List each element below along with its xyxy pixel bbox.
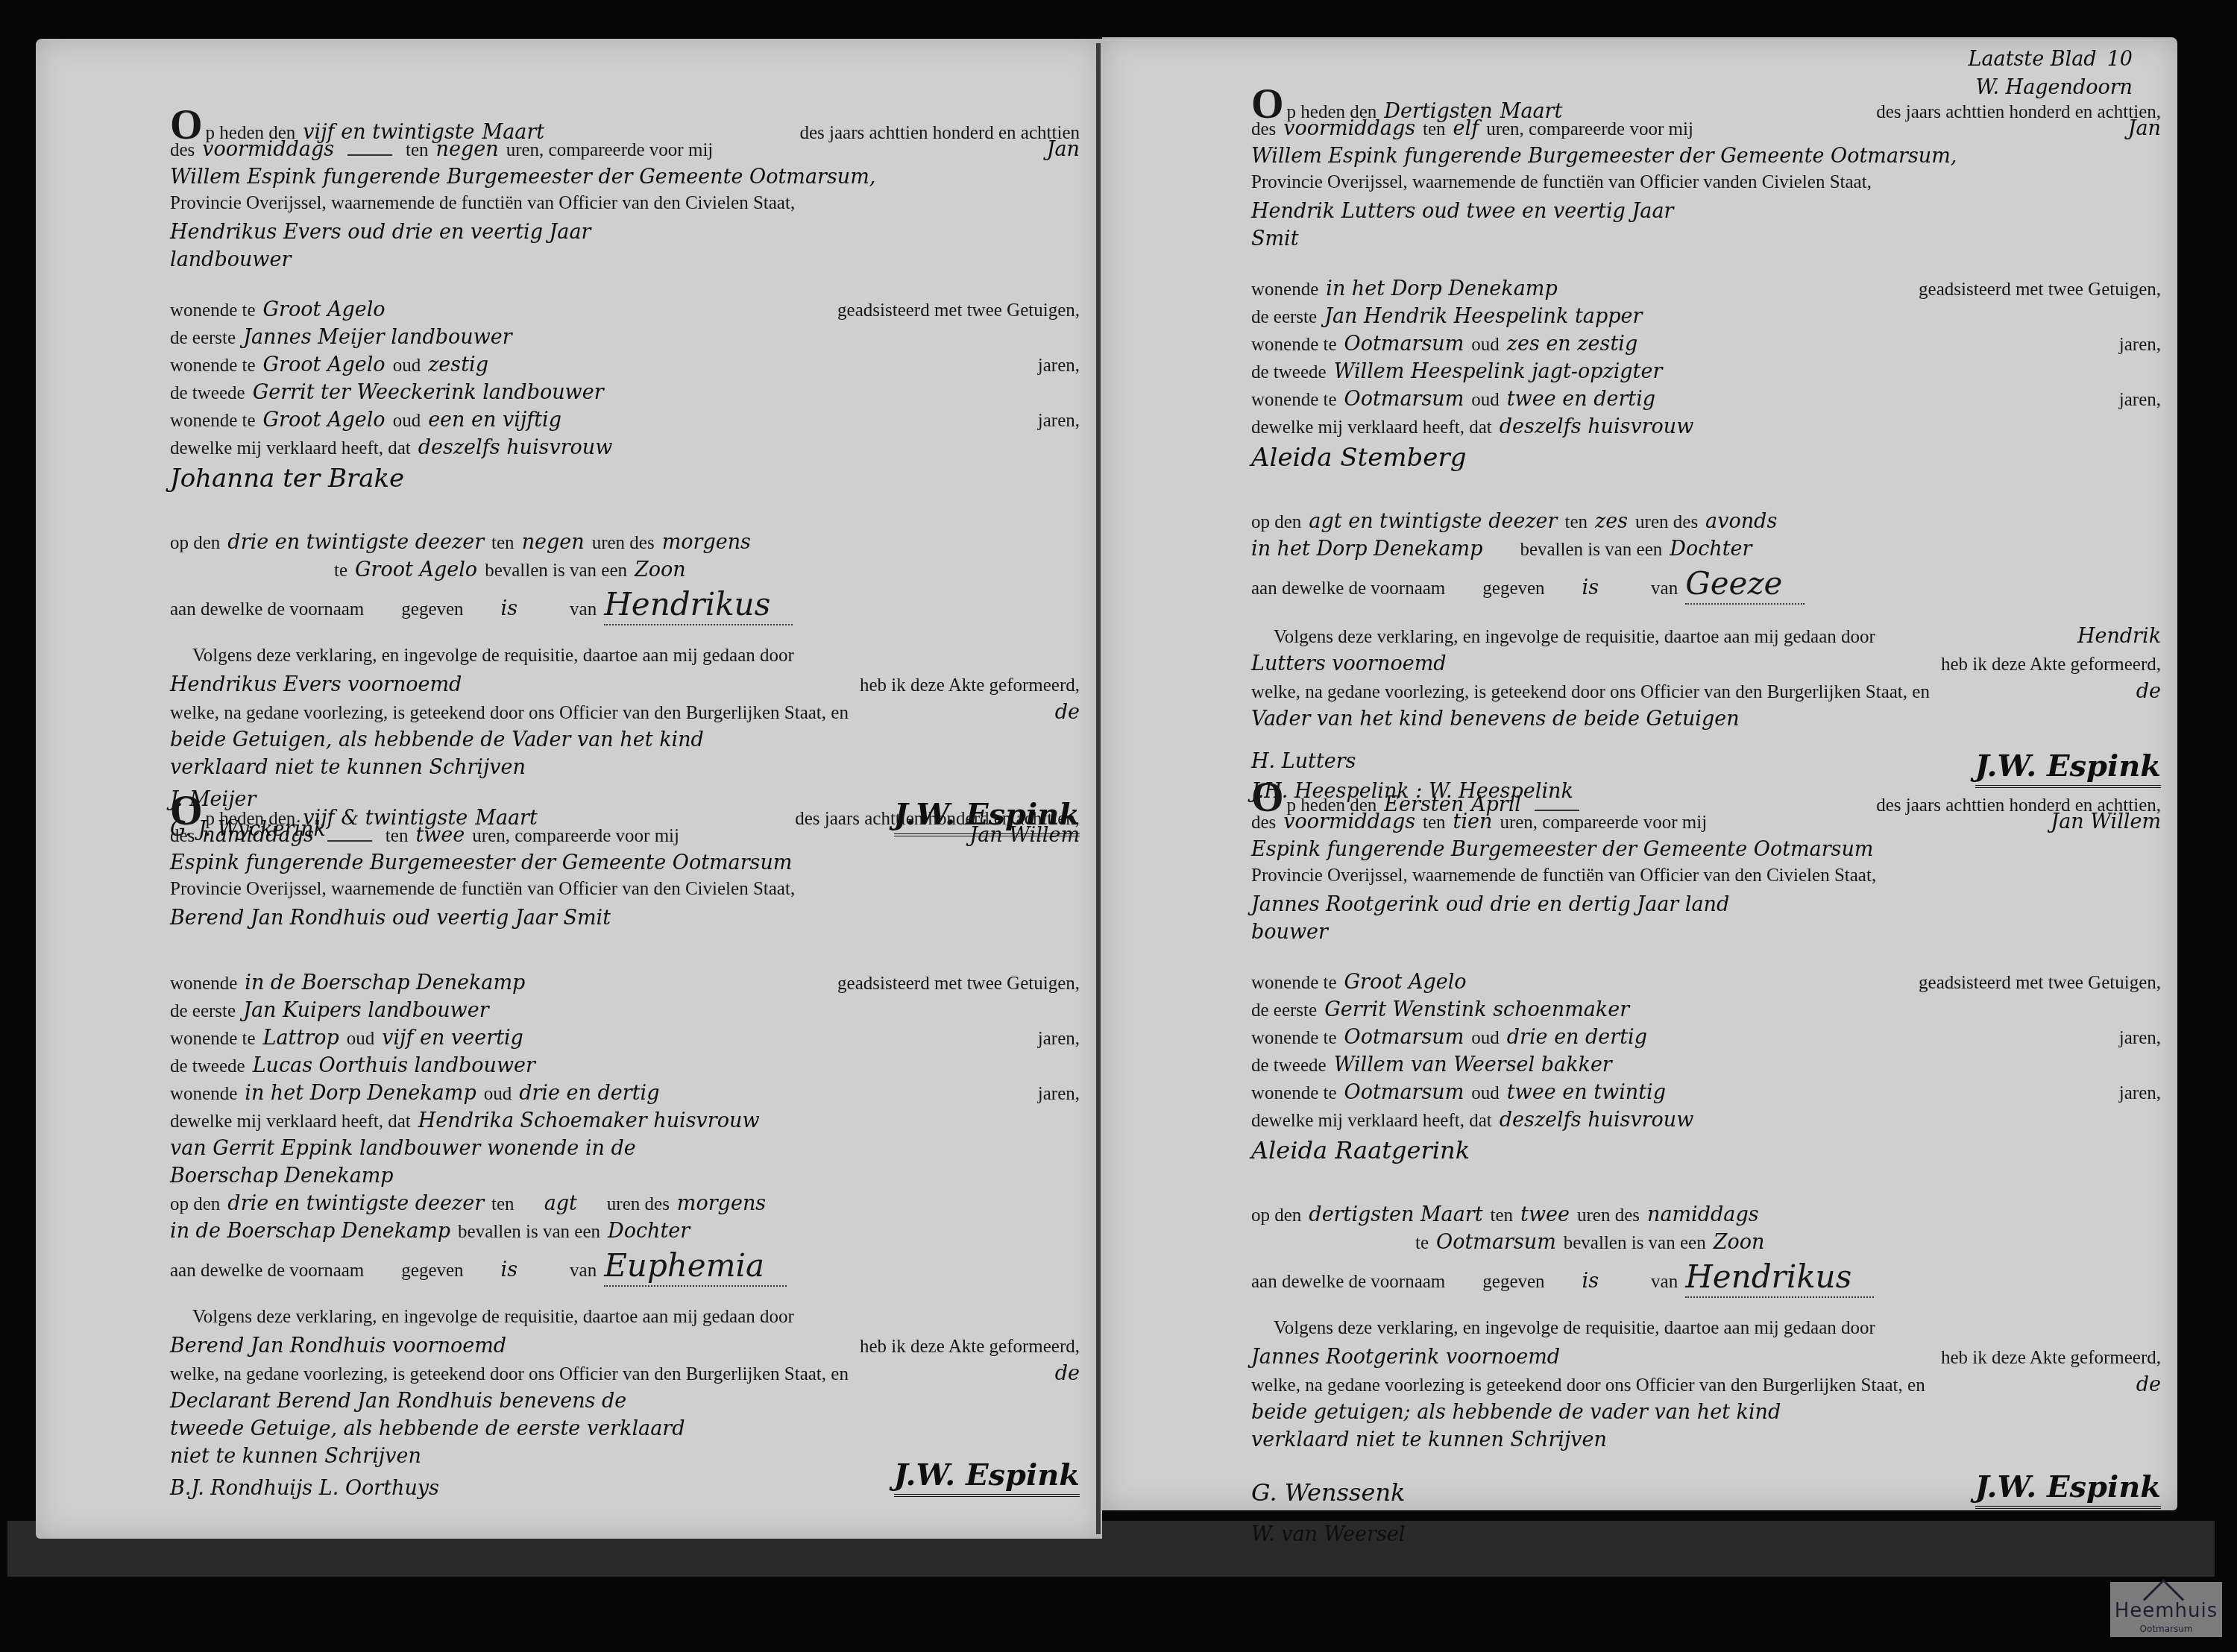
birth-place: Groot Agelo <box>355 558 477 581</box>
birth-hour: zes <box>1595 510 1628 533</box>
witness-signature: B.J. Rondhuijs L. Oorthuys <box>170 1477 439 1507</box>
printed-text: uren des <box>607 1194 670 1215</box>
printed-text: gegeven <box>1482 578 1544 599</box>
printed-text: ten <box>1423 119 1446 140</box>
closing-declarant: Jannes Rootgerink voornoemd <box>1251 1346 1560 1369</box>
declarant-occupation: landbouwer <box>170 248 291 271</box>
record-daypart: voormiddags <box>202 138 334 161</box>
closing-text: Volgens deze verklaring, en ingevolge de… <box>1251 627 1875 648</box>
printed-text: jaren, <box>2119 390 2161 411</box>
official-line: Willem Espink fungerende Burgemeester de… <box>1251 145 1957 168</box>
closing-hand: Declarant Berend Jan Rondhuis benevens d… <box>170 1390 626 1413</box>
printed-text: uren des <box>592 533 655 554</box>
declared-text: deszelfs huisvrouw <box>1500 1109 1694 1132</box>
witness-1-age: vijf en veertig <box>382 1027 523 1050</box>
printed-text: geadsisteerd met twee Getuigen, <box>837 300 1080 321</box>
official-name: Jan <box>2128 117 2161 140</box>
printed-text: heb ik deze Akte geformeerd, <box>1941 1348 2161 1369</box>
birth-record-rootgerink: Op heden denEerstenAprildes jaars achtti… <box>1251 783 2161 1575</box>
mother-name: Aleida Raatgerink <box>1251 1136 1470 1164</box>
witness-1: Jan Hendrik Heespelink tapper <box>1324 305 1642 328</box>
printed-text: van <box>1651 578 1678 599</box>
page-heading-text: Laatste Blad <box>1969 48 2097 71</box>
official-line: Willem Espink fungerende Burgemeester de… <box>170 165 875 189</box>
printed-text: wonende te <box>170 411 256 432</box>
closing-hand: verklaard niet te kunnen Schrijven <box>1251 1428 1607 1451</box>
official-signature: J.W. Espink <box>894 1457 1080 1497</box>
printed-text: bevallen is van een <box>1564 1233 1706 1254</box>
printed-text: gegeven <box>1482 1272 1544 1293</box>
printed-text: aan dewelke de voornaam <box>170 599 364 620</box>
printed-text: wonende te <box>1251 335 1337 356</box>
printed-text: des <box>1251 813 1276 833</box>
official-name: Jan Willem <box>969 824 1080 847</box>
child-name: Hendrikus <box>604 586 793 625</box>
printed-text: te <box>334 561 347 581</box>
witness-2-residence: Groot Agelo <box>263 409 386 432</box>
printed-text: op den <box>1251 512 1301 533</box>
declarant-residence: in de Boerschap Denekamp <box>245 971 525 994</box>
printed-text: de tweede <box>170 383 245 404</box>
declared-text: deszelfs huisvrouw <box>1500 415 1694 438</box>
closing-declarant: Lutters voornoemd <box>1251 652 1447 675</box>
declarant-occupation: Smit <box>1251 227 1299 250</box>
printed-text: oud <box>347 1029 375 1050</box>
printed-text: bevallen is van een <box>1520 540 1662 561</box>
printed-text: de eerste <box>170 328 236 349</box>
printed-text: jaren, <box>2119 1028 2161 1049</box>
printed-text: wonende te <box>1251 1083 1337 1104</box>
birth-daypart: morgens <box>662 531 751 554</box>
witness-1: Jan Kuipers landbouwer <box>243 999 488 1022</box>
witness-2: Gerrit ter Weeckerink landbouwer <box>253 381 604 404</box>
right-page: Laatste Blad10 W. Hagendoorn Op heden de… <box>1102 37 2177 1510</box>
record-hour: elf <box>1453 117 1479 140</box>
birth-date: drie en twintigste deezer <box>227 531 484 554</box>
witness-1-age: zestig <box>428 353 488 376</box>
printed-text: welke, na gedane voorlezing, is geteeken… <box>1251 682 1930 703</box>
witness-1-residence: Groot Agelo <box>263 353 386 376</box>
printed-year: des jaars achttien honderd en achttien <box>799 123 1080 144</box>
witness-1: Jannes Meijer landbouwer <box>243 326 512 349</box>
declared-text: deszelfs huisvrouw <box>418 436 613 459</box>
printed-text: wonende te <box>1251 390 1337 411</box>
printed-text: geadsisteerd met twee Getuigen, <box>1919 973 2161 994</box>
printed-text: ten <box>1423 813 1446 833</box>
printed-text: oud <box>393 356 421 376</box>
dropcap: O <box>170 110 203 140</box>
witness-2: Willem van Weersel bakker <box>1334 1053 1612 1076</box>
printed-text: jaren, <box>1038 1029 1080 1050</box>
closing-hand: niet te kunnen Schrijven <box>170 1445 421 1468</box>
province-line: Provincie Overijssel, waarnemende de fun… <box>170 193 795 214</box>
child-sex: Dochter <box>608 1220 690 1243</box>
heemhuis-logo: Heemhuis Ootmarsum <box>2110 1582 2222 1637</box>
witness-2-age: een en vijftig <box>428 409 561 432</box>
printed-text: welke, na gedane voorlezing is geteekend… <box>1251 1375 1925 1396</box>
record-daypart: voormiddags <box>1283 117 1415 140</box>
closing-hand: tweede Getuige, als hebbende de eerste v… <box>170 1417 685 1440</box>
official-signature: J.W. Espink <box>1975 1469 2161 1509</box>
printed-text: uren, compareerde voor mij <box>472 826 679 847</box>
printed-text: de eerste <box>1251 1000 1317 1021</box>
printed-text: bevallen is van een <box>485 561 627 581</box>
declarant-residence: Groot Agelo <box>1344 971 1467 994</box>
record-is: is <box>1582 1270 1599 1293</box>
printed-text: welke, na gedane voorlezing, is geteeken… <box>170 703 849 724</box>
printed-text: op den <box>170 533 220 554</box>
child-sex: Zoon <box>635 558 686 581</box>
printed-text: gegeven <box>401 599 463 620</box>
closing-declarant: Hendrikus Evers voornoemd <box>170 673 462 696</box>
record-is: is <box>501 1258 518 1281</box>
printed-text: wonende <box>170 1084 237 1105</box>
closing-hand: de <box>2136 1373 2161 1396</box>
printed-text: ten <box>1565 512 1588 533</box>
closing-hand: beide Getuigen, als hebbende de Vader va… <box>170 728 704 751</box>
record-daypart: voormiddags <box>1283 810 1415 833</box>
logo-brand: Heemhuis <box>2110 1600 2222 1622</box>
closing-hand: Vader van het kind benevens de beide Get… <box>1251 707 1740 731</box>
printed-text: ten <box>406 140 429 161</box>
birth-hour: twee <box>1520 1203 1570 1226</box>
printed-text: des <box>170 140 195 161</box>
printed-text: van <box>570 1261 597 1281</box>
signature-block: B.J. Rondhuijs L. Oorthuys J.W. Espink <box>170 1472 1080 1554</box>
province-line: Provincie Overijssel, waarnemende de fun… <box>1251 866 1876 886</box>
book-gutter <box>1096 43 1101 1534</box>
birth-date: dertigsten Maart <box>1309 1203 1482 1226</box>
printed-text: de tweede <box>1251 1056 1327 1076</box>
declarant-occupation: bouwer <box>1251 921 1328 944</box>
closing-hand: de <box>2136 680 2161 703</box>
printed-text: jaren, <box>1038 411 1080 432</box>
witness-2-age: drie en dertig <box>519 1082 659 1105</box>
child-name: Euphemia <box>604 1247 787 1287</box>
birth-record-rondhuis: Op heden denvijf & twintigsteMaartdes ja… <box>170 796 1080 1554</box>
printed-text: des <box>1251 119 1276 140</box>
witness-2: Lucas Oorthuis landbouwer <box>253 1054 535 1077</box>
printed-text: oud <box>393 411 421 432</box>
birth-daypart: morgens <box>677 1192 766 1215</box>
closing-hand: Hendrik <box>2077 625 2161 648</box>
printed-text: wonende te <box>1251 1028 1337 1049</box>
printed-text: welke, na gedane voorlezing, is geteeken… <box>170 1364 849 1385</box>
printed-text: geadsisteerd met twee Getuigen, <box>1919 280 2161 300</box>
printed-year: des jaars achttien honderd en achttien, <box>1876 102 2161 123</box>
logo-town: Ootmarsum <box>2110 1624 2222 1634</box>
printed-text: de tweede <box>170 1056 245 1077</box>
closing-text: Volgens deze verklaring, en ingevolge de… <box>1251 1318 1875 1339</box>
page-number: 10 <box>2107 48 2133 71</box>
birth-place: Ootmarsum <box>1436 1231 1556 1254</box>
printed-text: jaren, <box>2119 335 2161 356</box>
witness-1-residence: Ootmarsum <box>1344 332 1464 356</box>
printed-text: ten <box>491 1194 515 1215</box>
printed-text: op den <box>1251 1205 1301 1226</box>
printed-text: wonende <box>170 974 237 994</box>
child-sex: Dochter <box>1670 537 1752 561</box>
witness-2-residence: Ootmarsum <box>1344 388 1464 411</box>
record-is: is <box>1582 576 1599 599</box>
printed-text: wonende te <box>170 300 256 321</box>
birth-record-lutters: Op heden denDertigstenMaartdes jaars ach… <box>1251 89 2161 810</box>
printed-text: gegeven <box>401 1261 463 1281</box>
dropcap: O <box>170 796 203 826</box>
printed-text: van <box>570 599 597 620</box>
printed-text: jaren, <box>2119 1083 2161 1104</box>
closing-text: Volgens deze verklaring, en ingevolge de… <box>170 646 794 666</box>
official-line: Espink fungerende Burgemeester der Gemee… <box>1251 838 1873 861</box>
official-name: Jan Willem <box>2051 810 2161 833</box>
printed-text: jaren, <box>1038 1084 1080 1105</box>
printed-text: de eerste <box>170 1001 236 1022</box>
witness-signature: G. Wenssenk <box>1251 1478 1405 1523</box>
closing-hand: de <box>1055 1362 1080 1385</box>
declarant: Hendrik Lutters oud twee en veertig Jaar <box>1251 200 1673 223</box>
printed-text: uren, compareerde voor mij <box>506 140 714 161</box>
printed-text: te <box>1415 1233 1429 1254</box>
printed-text: uren, compareerde voor mij <box>1500 813 1707 833</box>
birth-record-evers: Op heden denvijf en twintigsteMaartdes j… <box>170 110 1080 866</box>
dropcap: O <box>1251 89 1284 119</box>
declarant: Berend Jan Rondhuis oud veertig Jaar Smi… <box>170 907 611 930</box>
printed-text: de eerste <box>1251 307 1317 328</box>
declarant-residence: in het Dorp Denekamp <box>1326 277 1557 300</box>
province-line: Provincie Overijssel, waarnemende de fun… <box>1251 172 1872 193</box>
child-sex: Zoon <box>1714 1231 1765 1254</box>
witness-signature: W. van Weersel <box>1251 1523 1405 1553</box>
printed-text: jaren, <box>1038 356 1080 376</box>
child-name: Hendrikus <box>1685 1258 1874 1298</box>
birth-place: in het Dorp Denekamp <box>1251 537 1482 561</box>
witness-2-residence: in het Dorp Denekamp <box>245 1082 476 1105</box>
official-line: Espink fungerende Burgemeester der Gemee… <box>170 851 792 874</box>
left-page: Op heden denvijf en twintigsteMaartdes j… <box>36 39 1102 1539</box>
closing-hand: verklaard niet te kunnen Schrijven <box>170 756 526 779</box>
closing-hand: de <box>1055 701 1080 724</box>
printed-text: dewelke mij verklaard heeft, dat <box>170 1112 411 1132</box>
printed-text: bevallen is van een <box>458 1222 600 1243</box>
printed-text: heb ik deze Akte geformeerd, <box>860 1337 1080 1358</box>
witness-1-residence: Ootmarsum <box>1344 1026 1464 1049</box>
printed-text: uren, compareerde voor mij <box>1486 119 1693 140</box>
declarant: Jannes Rootgerink oud drie en dertig Jaa… <box>1251 893 1729 916</box>
printed-text: ten <box>1491 1205 1514 1226</box>
printed-text: aan dewelke de voornaam <box>170 1261 364 1281</box>
witness-1-age: zes en zestig <box>1507 332 1637 356</box>
record-is: is <box>501 597 518 620</box>
mother-name: van Gerrit Eppink landbouwer wonende in … <box>170 1137 636 1160</box>
printed-text: op den <box>170 1194 220 1215</box>
printed-text: uren des <box>1635 512 1698 533</box>
printed-text: heb ik deze Akte geformeerd, <box>860 675 1080 696</box>
printed-text: oud <box>1471 335 1500 356</box>
printed-text: wonende te <box>170 1029 256 1050</box>
printed-text: oud <box>1471 1083 1500 1104</box>
birth-date: agt en twintigste deezer <box>1309 510 1557 533</box>
birth-hour: negen <box>522 531 585 554</box>
record-daypart: namiddags <box>202 824 314 847</box>
printed-text: oud <box>1471 390 1500 411</box>
closing-hand: beide getuigen; als hebbende de vader va… <box>1251 1401 1781 1424</box>
dropcap: O <box>1251 783 1284 813</box>
printed-text: ten <box>386 826 409 847</box>
printed-text: aan dewelke de voornaam <box>1251 578 1445 599</box>
printed-text: uren des <box>1577 1205 1640 1226</box>
declarant-residence: Groot Agelo <box>263 298 386 321</box>
printed-text: geadsisteerd met twee Getuigen, <box>837 974 1080 994</box>
witness-2: Willem Heespelink jagt-opzigter <box>1334 360 1663 383</box>
mother-residence: Boerschap Denekamp <box>170 1164 394 1188</box>
printed-text: aan dewelke de voornaam <box>1251 1272 1445 1293</box>
printed-text: oud <box>484 1084 512 1105</box>
printed-text: wonende te <box>1251 973 1337 994</box>
printed-text: wonende te <box>170 356 256 376</box>
birth-hour: agt <box>544 1192 577 1215</box>
printed-text: oud <box>1471 1028 1500 1049</box>
official-name: Jan <box>1047 138 1080 161</box>
printed-text: dewelke mij verklaard heeft, dat <box>1251 1111 1492 1132</box>
closing-text: Volgens deze verklaring, en ingevolge de… <box>170 1307 794 1328</box>
printed-text: van <box>1651 1272 1678 1293</box>
closing-declarant: Berend Jan Rondhuis voornoemd <box>170 1334 506 1358</box>
record-hour: tien <box>1453 810 1493 833</box>
witness-2-age: twee en dertig <box>1507 388 1655 411</box>
witness-1: Gerrit Wenstink schoenmaker <box>1324 998 1629 1021</box>
printed-text: ten <box>491 533 515 554</box>
witness-1-age: drie en dertig <box>1507 1026 1647 1049</box>
witness-2-age: twee en twintig <box>1507 1081 1666 1104</box>
signature-block: G. WenssenkW. van Weersel J.W. Espink <box>1251 1456 2161 1575</box>
printed-text: dewelke mij verklaard heeft, dat <box>1251 417 1492 438</box>
witness-1-residence: Lattrop <box>263 1027 339 1050</box>
printed-text: heb ik deze Akte geformeerd, <box>1941 655 2161 675</box>
declared-text: Hendrika Schoemaker huisvrouw <box>418 1109 760 1132</box>
witness-2-residence: Ootmarsum <box>1344 1081 1464 1104</box>
birth-date: drie en twintigste deezer <box>227 1192 484 1215</box>
child-name: Geeze <box>1685 565 1805 605</box>
birth-daypart: avonds <box>1705 510 1777 533</box>
printed-text: wonende <box>1251 280 1318 300</box>
printed-text: de tweede <box>1251 362 1327 383</box>
printed-text: des <box>170 826 195 847</box>
declarant: Hendrikus Evers oud drie en veertig Jaar <box>170 221 591 244</box>
birth-place: in de Boerschap Denekamp <box>170 1220 450 1243</box>
province-line: Provincie Overijssel, waarnemende de fun… <box>170 879 795 900</box>
witness-signature: H. Lutters <box>1251 750 1573 780</box>
record-hour: negen <box>436 138 499 161</box>
birth-daypart: namiddags <box>1647 1203 1759 1226</box>
printed-text: dewelke mij verklaard heeft, dat <box>170 438 411 459</box>
mother-name: Johanna ter Brake <box>170 464 404 494</box>
record-hour: twee <box>415 824 465 847</box>
mother-name: Aleida Stemberg <box>1251 443 1467 473</box>
